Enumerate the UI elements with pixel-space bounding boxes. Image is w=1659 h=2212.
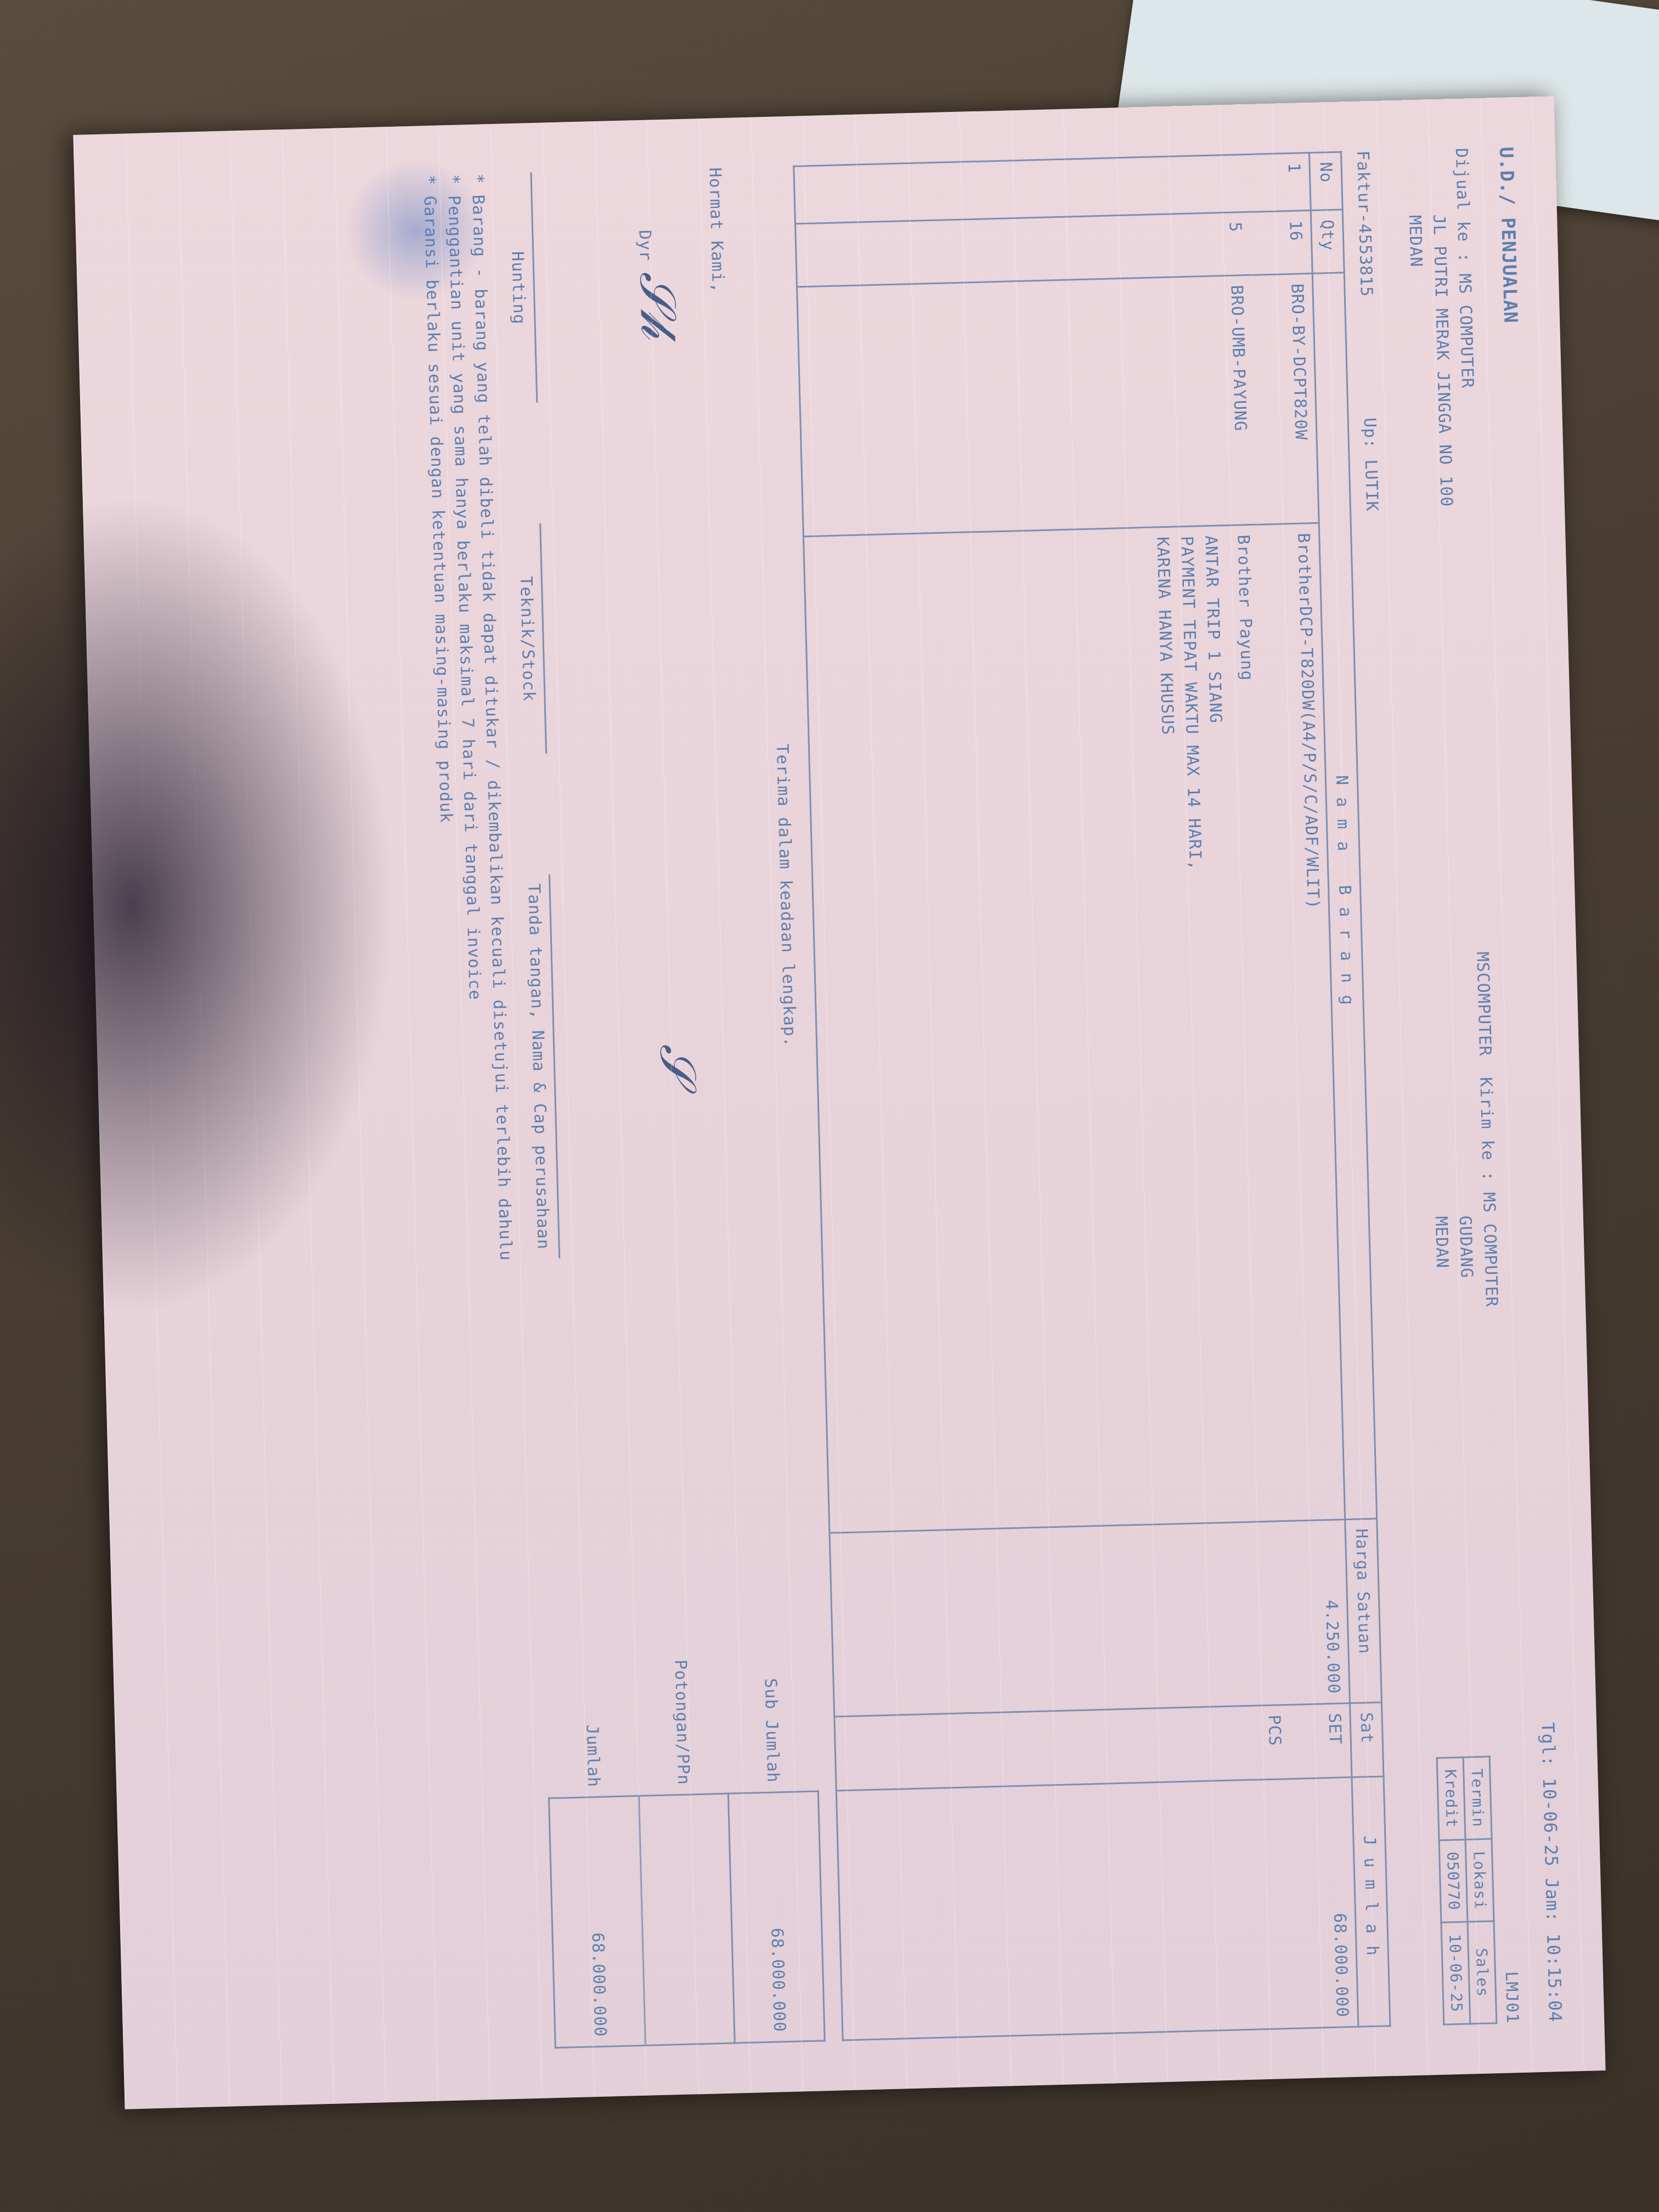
meta-value-sales: 10-06-25 bbox=[1441, 1922, 1470, 2024]
bottom-left: Terima dalam keadaan lengkap. Hormat Kam… bbox=[505, 166, 814, 1632]
meta-header-sales: Sales bbox=[1468, 1921, 1497, 2024]
row-unit: SET bbox=[1289, 1703, 1352, 1779]
row-price bbox=[1170, 1521, 1289, 1708]
document-type: U.D./ PENJUALAN bbox=[1495, 146, 1521, 324]
time-label: Jam: bbox=[1541, 1878, 1563, 1923]
sold-to-name: MS COMPUTER bbox=[1455, 273, 1477, 389]
items-table: No Qty Nama Barang Harga Satuan Sat Juml… bbox=[793, 151, 1391, 2041]
row-qty: 5 bbox=[1136, 212, 1251, 278]
col-unit-price: Harga Satuan bbox=[1345, 1519, 1382, 1703]
date-value: 10-06-25 bbox=[1539, 1778, 1562, 1867]
meta-box: LMJ01 Termin Lokasi Sales Kredit 050770 … bbox=[1436, 1755, 1522, 2025]
ship-to-name: MS COMPUTER bbox=[1479, 1192, 1501, 1307]
signature-scribble-icon: 𝒮𝒽 bbox=[628, 270, 687, 340]
row-no bbox=[1135, 154, 1250, 215]
meta-header-lokasi: Lokasi bbox=[1465, 1839, 1494, 1922]
signature-scribble-icon: 𝒮 bbox=[648, 1043, 707, 1083]
invoice-number: Faktur-4553815 bbox=[1353, 150, 1376, 297]
signature-label: Tanda tangan, Nama & Cap perusahaan bbox=[524, 874, 560, 1259]
sales-receipt: U.D./ PENJUALAN Tgl: 10-06-25 Jam: 10:15… bbox=[73, 96, 1605, 2109]
discount-label: Potongan/PPn bbox=[634, 1627, 729, 1796]
subtotal-value: 68.000.000 bbox=[729, 1791, 825, 2043]
meta-table: Termin Lokasi Sales Kredit 050770 10-06-… bbox=[1436, 1756, 1498, 2025]
meta-value-termin: Kredit bbox=[1437, 1757, 1465, 1840]
row-no: 1 bbox=[1248, 153, 1311, 212]
signature-area: Dyr 𝒮𝒽 Hunting Teknik/Stock 𝒮 Tanda tang… bbox=[505, 168, 721, 1632]
signature-stock: Teknik/Stock bbox=[515, 521, 640, 754]
signature-hunting: Dyr 𝒮𝒽 Hunting bbox=[505, 168, 689, 403]
sold-to: Dijual ke : MS COMPUTER JL PUTRI MERAK J… bbox=[1394, 148, 1494, 953]
attention-to: Up: LUTIK bbox=[1360, 417, 1381, 512]
ship-to: MSCOMPUTER Kirim ke : MS COMPUTER GUDANG… bbox=[1415, 951, 1515, 1757]
totals-table: Sub Jumlah 68.000.000 Potongan/PPn Jumla… bbox=[544, 1625, 826, 2049]
document-datetime: Tgl: 10-06-25 Jam: 10:15:04 bbox=[1537, 1722, 1566, 2023]
ship-to-label: Kirim ke : bbox=[1476, 1077, 1498, 1182]
customer-code: MSCOMPUTER bbox=[1472, 951, 1494, 1056]
row-unit: PCS bbox=[1175, 1705, 1290, 1781]
subtotal-label: Sub Jumlah bbox=[724, 1625, 819, 1794]
col-amount: Jumlah bbox=[1352, 1776, 1390, 2027]
meta-value-lokasi: 050770 bbox=[1439, 1839, 1468, 1922]
signature-label: Teknik/Stock bbox=[515, 523, 547, 754]
signer-prefix: Dyr bbox=[635, 229, 654, 261]
row-amount: 68.000.000 bbox=[1291, 1777, 1358, 2028]
date-label: Tgl: bbox=[1537, 1722, 1559, 1767]
row-code: BRO-UMB-PAYUNG bbox=[1138, 275, 1258, 527]
col-no: No bbox=[1309, 152, 1342, 210]
discount-value bbox=[639, 1793, 735, 2045]
signature-label: Hunting bbox=[505, 172, 538, 403]
meta-header-termin: Termin bbox=[1463, 1757, 1492, 1839]
total-value: 68.000.000 bbox=[549, 1796, 646, 2048]
time-value: 10:15:04 bbox=[1543, 1933, 1566, 2023]
bottom-section: Terima dalam keadaan lengkap. Hormat Kam… bbox=[505, 166, 825, 2049]
row-amount bbox=[1177, 1779, 1297, 2031]
sold-to-label: Dijual ke : bbox=[1452, 148, 1474, 263]
row-qty: 16 bbox=[1250, 210, 1312, 275]
table-filler bbox=[794, 157, 1184, 2040]
total-label: Jumlah bbox=[545, 1629, 639, 1798]
signature-company: 𝒮 Tanda tangan, Nama & Cap perusahaan bbox=[524, 870, 712, 1259]
row-price: 4.250.000 bbox=[1284, 1520, 1350, 1705]
row-code: BRO-BY-DCPT820W bbox=[1251, 273, 1319, 524]
col-qty: Qty bbox=[1311, 210, 1344, 273]
col-unit: Sat bbox=[1350, 1702, 1384, 1777]
meta-top-label: LMJ01 bbox=[1496, 1755, 1522, 2024]
